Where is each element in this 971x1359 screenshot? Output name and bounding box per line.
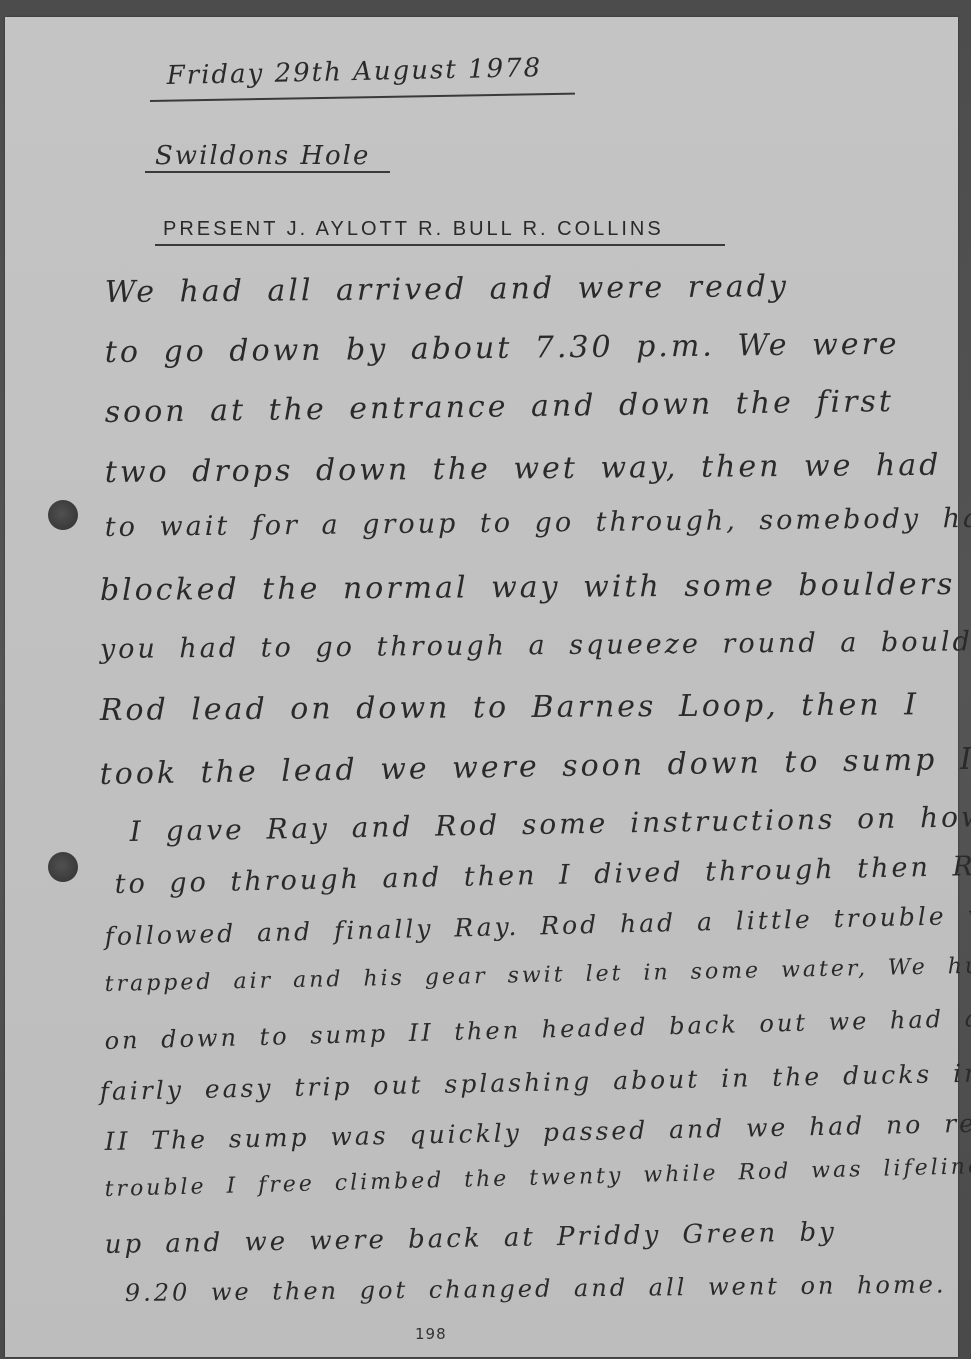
body-line-10: I gave Ray and Rod some instructions on … — [129, 800, 971, 848]
body-line-7: you had to go through a squeeze round a … — [100, 626, 971, 665]
punch-hole-bottom — [48, 852, 78, 882]
body-line-14: on down to sump II then headed back out … — [104, 1004, 971, 1055]
body-line-5: to wait for a group to go through, someb… — [105, 503, 971, 543]
body-line-4: two drops down the wet way, then we had — [105, 448, 942, 490]
date-heading: Friday 29th August 1978 — [166, 53, 542, 91]
location-underline — [145, 171, 390, 173]
notebook-page: Friday 29th August 1978 Swildons Hole PR… — [5, 17, 958, 1357]
body-line-9: took the lead we were soon down to sump … — [99, 742, 971, 792]
body-line-1: We had all arrived and were ready — [105, 269, 789, 310]
body-line-8: Rod lead on down to Barnes Loop, then I — [100, 687, 919, 728]
body-line-16: II The sump was quickly passed and we ha… — [104, 1108, 971, 1156]
location-heading: Swildons Hole — [155, 141, 370, 171]
body-line-15: fairly easy trip out splashing about in … — [99, 1058, 971, 1106]
body-line-13: trapped air and his gear swit let in som… — [104, 952, 971, 997]
body-line-12: followed and finally Ray. Rod had a litt… — [104, 899, 971, 951]
body-line-11: to go through and then I dived through t… — [114, 850, 971, 900]
page-number: 198 — [415, 1325, 447, 1343]
body-line-6: blocked the normal way with some boulder… — [100, 567, 971, 608]
body-line-17: trouble I free climbed the twenty while … — [104, 1154, 971, 1202]
present-underline — [155, 244, 725, 246]
body-line-18: up and we were back at Priddy Green by — [104, 1217, 837, 1260]
punch-hole-top — [48, 500, 78, 530]
date-underline — [150, 93, 575, 102]
body-line-19: 9.20 we then got changed and all went on… — [125, 1270, 947, 1307]
body-line-3: soon at the entrance and down the first — [105, 384, 895, 430]
present-line: PRESENT J. AYLOTT R. BULL R. COLLINS — [163, 218, 664, 241]
body-line-2: to go down by about 7.30 p.m. We were — [105, 327, 900, 370]
